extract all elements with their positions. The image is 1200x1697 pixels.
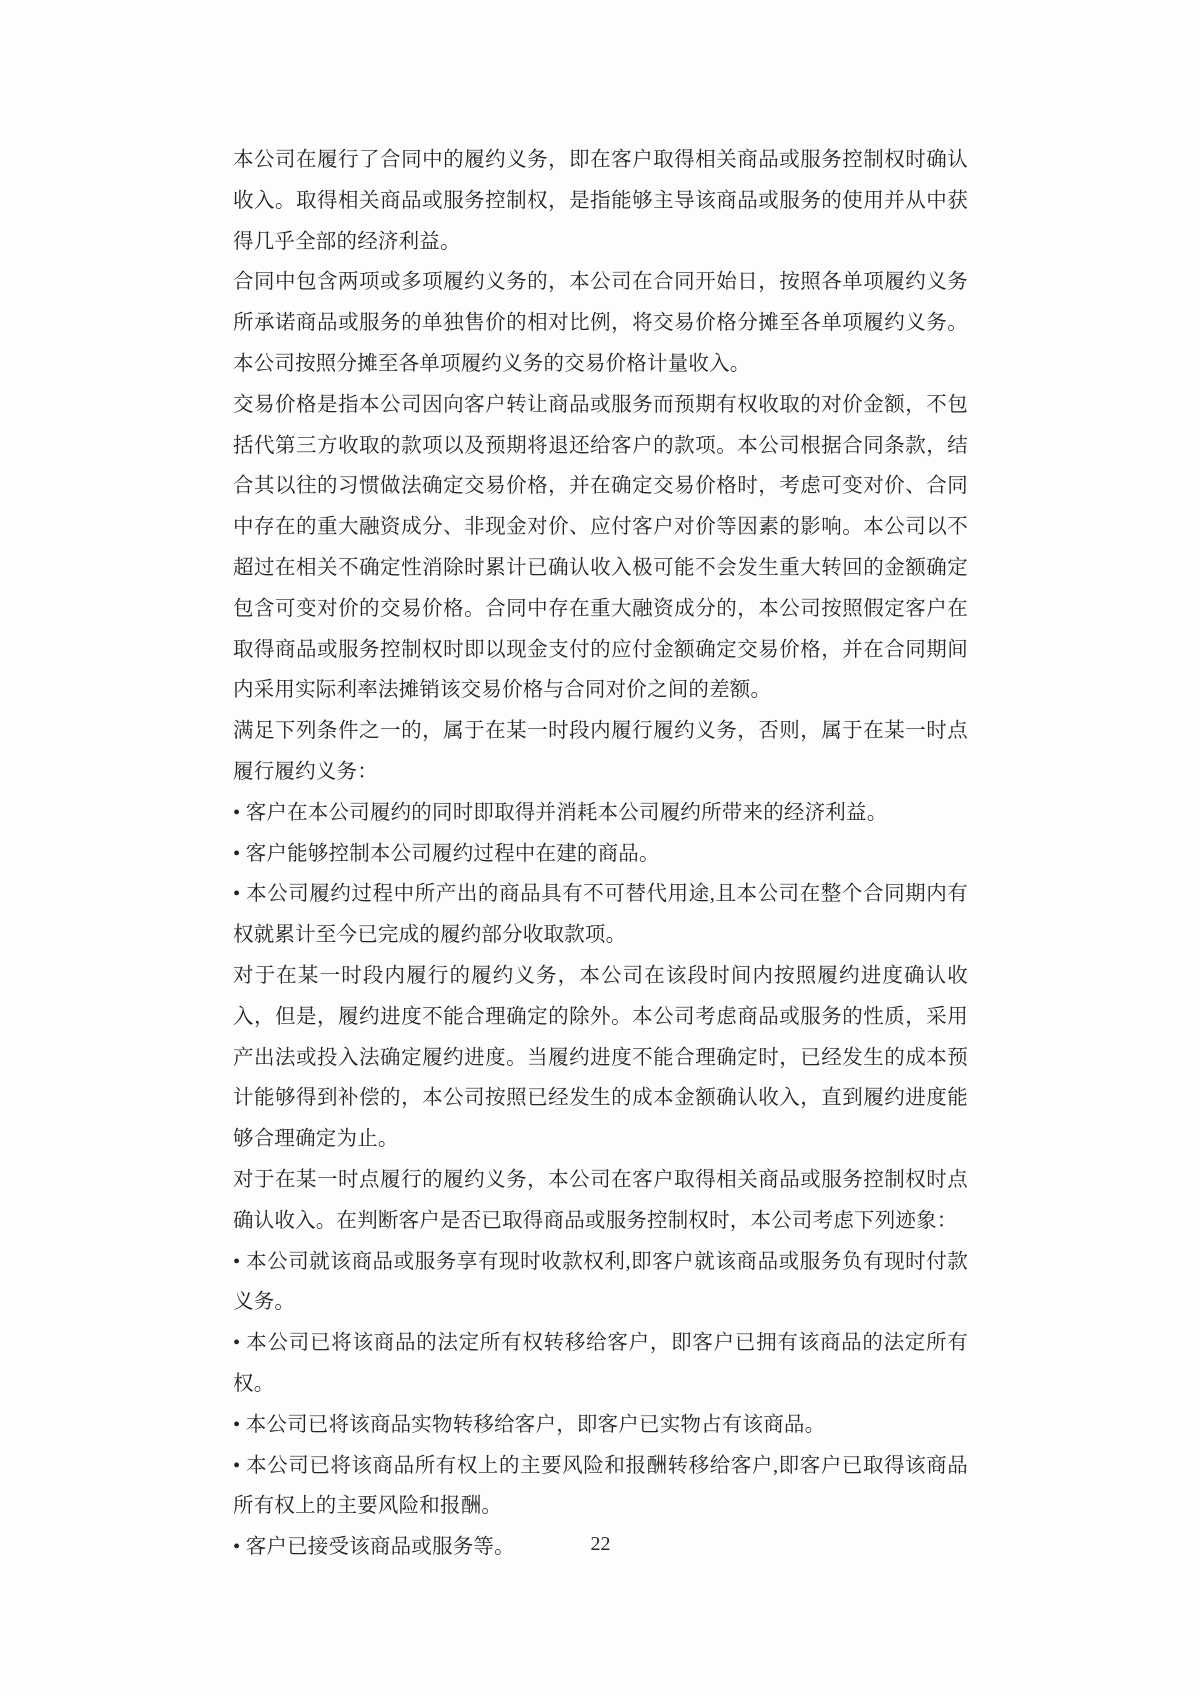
bullet-item-1: • 客户在本公司履约的同时即取得并消耗本公司履约所带来的经济利益。 bbox=[233, 793, 968, 834]
document-text-block: 本公司在履行了合同中的履约义务，即在客户取得相关商品或服务控制权时确认收入。取得… bbox=[233, 140, 968, 1568]
paragraph-multiple-obligations: 合同中包含两项或多项履约义务的，本公司在合同开始日，按照各单项履约义务所承诺商品… bbox=[233, 262, 968, 384]
bullet-item-6: • 本公司已将该商品实物转移给客户，即客户已实物占有该商品。 bbox=[233, 1405, 968, 1446]
paragraph-revenue-recognition: 本公司在履行了合同中的履约义务，即在客户取得相关商品或服务控制权时确认收入。取得… bbox=[233, 140, 968, 262]
bullet-item-3: • 本公司履约过程中所产出的商品具有不可替代用途,且本公司在整个合同期内有权就累… bbox=[233, 874, 968, 956]
document-page: 本公司在履行了合同中的履约义务，即在客户取得相关商品或服务控制权时确认收入。取得… bbox=[0, 0, 1200, 1697]
paragraph-transaction-price: 交易价格是指本公司因向客户转让商品或服务而预期有权收取的对价金额，不包括代第三方… bbox=[233, 385, 968, 711]
bullet-item-2: • 客户能够控制本公司履约过程中在建的商品。 bbox=[233, 834, 968, 875]
bullet-item-5: • 本公司已将该商品的法定所有权转移给客户，即客户已拥有该商品的法定所有权。 bbox=[233, 1323, 968, 1405]
paragraph-over-time-obligation: 对于在某一时段内履行的履约义务，本公司在该段时间内按照履约进度确认收入，但是，履… bbox=[233, 956, 968, 1160]
paragraph-conditions-intro: 满足下列条件之一的，属于在某一时段内履行履约义务，否则，属于在某一时点履行履约义… bbox=[233, 711, 968, 793]
bullet-item-4: • 本公司就该商品或服务享有现时收款权利,即客户就该商品或服务负有现时付款义务。 bbox=[233, 1242, 968, 1324]
bullet-item-7: • 本公司已将该商品所有权上的主要风险和报酬转移给客户,即客户已取得该商品所有权… bbox=[233, 1446, 968, 1528]
paragraph-point-in-time-obligation: 对于在某一时点履行的履约义务，本公司在客户取得相关商品或服务控制权时点确认收入。… bbox=[233, 1160, 968, 1242]
page-number: 22 bbox=[233, 1530, 968, 1558]
